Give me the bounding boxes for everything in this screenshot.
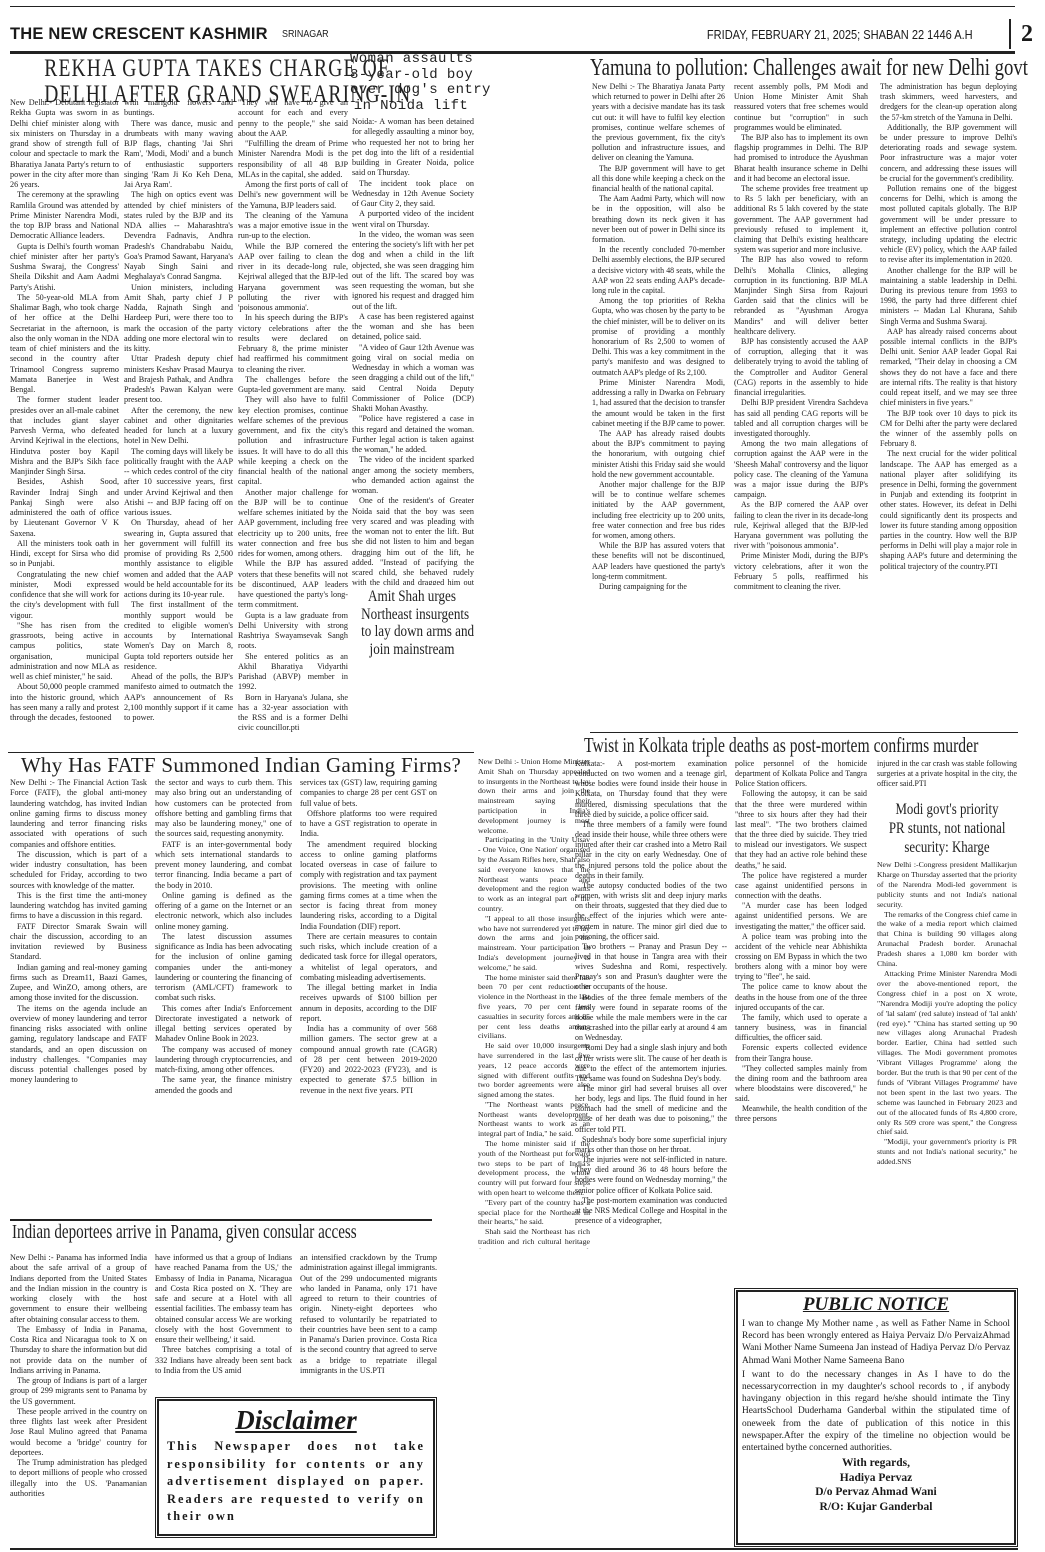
paragraph: India has a community of over 568 millio… — [300, 1024, 437, 1096]
top-rule — [10, 6, 1015, 7]
paragraph: The challenges before the Gupta-led gove… — [238, 375, 348, 396]
paragraph: As the BJP cornered the AAP over failing… — [734, 500, 868, 551]
paragraph: The illegal betting market in India rece… — [300, 983, 437, 1024]
paragraph: The discussion, which is part of a wider… — [10, 850, 147, 891]
paragraph: He said over 10,000 insurgents have surr… — [478, 1041, 590, 1100]
paragraph: injured in the car crash was stable foll… — [877, 759, 1017, 789]
paragraph: "A video of Gaur 12th Avenue was going v… — [352, 343, 474, 415]
rekha-col-2: with marigold flowers and buntings.There… — [124, 98, 233, 750]
paragraph: There was dance, music and drumbeats wit… — [124, 119, 233, 191]
paragraph: Two brothers -- Pranay and Prasun Dey --… — [575, 942, 727, 993]
panama-headline: Indian deportees arrive in Panama, given… — [12, 1222, 435, 1243]
paragraph: "They will have to give an account for e… — [238, 98, 348, 139]
paragraph: Bodies of the three female members of th… — [575, 993, 727, 1044]
paragraph: The home minister said there has been 70… — [478, 973, 590, 1042]
paragraph: The home minister said if the youth of t… — [478, 1139, 590, 1198]
paragraph: The 50-year-old MLA from Shalimar Bagh, … — [10, 293, 119, 396]
paragraph: Kolkata:- A post-mortem examination cond… — [575, 759, 727, 820]
paragraph: The ceremony at the sprawling Ramlila Gr… — [10, 190, 119, 241]
paragraph: Among the first ports of call of Delhi's… — [238, 180, 348, 211]
paragraph: "She has risen from the grassroots, bein… — [10, 621, 119, 683]
paragraph: The same year, the finance ministry amen… — [155, 1075, 292, 1096]
amit-shah-headline: Amit Shah urges Northeast insurgents to … — [350, 588, 474, 658]
paragraph: New Delhi :- Union Home Minister Amit Sh… — [478, 757, 590, 835]
kharge-headline: Modi govt's priority PR stunts, not nati… — [877, 800, 1017, 857]
paragraph: Among the two main allegations of corrup… — [734, 439, 868, 500]
paragraph: "The Northeast wants peace, Northeast wa… — [478, 1100, 590, 1139]
paragraph: BJP has consistently accused the AAP of … — [734, 337, 868, 398]
masthead-rule — [10, 51, 1015, 54]
paragraph: This comes after India's Enforcement Dir… — [155, 1004, 292, 1045]
paragraph: New Delhi :-Congress president Mallikarj… — [877, 860, 1017, 910]
panama-col-3: an intensified crackdown by the Trump ad… — [300, 1253, 437, 1413]
paragraph: The cleaning of the Yamuna was a major e… — [238, 211, 348, 242]
panama-col-2: have informed us that a group of Indians… — [155, 1253, 292, 1393]
paragraph: "Every part of the country has a special… — [478, 1198, 590, 1227]
paragraph: have informed us that a group of Indians… — [155, 1253, 292, 1345]
paragraph: In his speech during the BJP's victory c… — [238, 313, 348, 375]
paragraph: The group of Indians is part of a larger… — [10, 1376, 147, 1407]
paragraph: Online gaming is defined as the offering… — [155, 891, 292, 932]
fatf-col-3: services tax (GST) law, requiring gaming… — [300, 778, 437, 1162]
paragraph: The injuries were not self-inflicted in … — [575, 1155, 727, 1196]
paragraph: "A murder case has been lodged against u… — [735, 901, 867, 931]
public-notice-signature: With regards, Hadiya Pervaz D/o Pervaz A… — [738, 1456, 1014, 1514]
paragraph: The Trump administration has pledged to … — [10, 1458, 147, 1499]
kolkata-headline: Twist in Kolkata triple deaths as post-m… — [584, 734, 1016, 756]
paragraph: the sector and ways to curb them. This m… — [155, 778, 292, 840]
paragraph: an intensified crackdown by the Trump ad… — [300, 1253, 437, 1376]
paragraph: One of the resident's of Greater Noida s… — [352, 496, 474, 585]
page-number: 2 — [1009, 19, 1033, 49]
paragraph: After the ceremony, the new cabinet and … — [124, 406, 233, 447]
kolkata-col-1: Kolkata:- A post-mortem examination cond… — [575, 759, 727, 1552]
paragraph: A case has been registered against the w… — [352, 312, 474, 343]
paragraph: "I appeal to all those insurgents who ha… — [478, 914, 590, 973]
paragraph: AAP has already raised concerns about po… — [880, 327, 1017, 409]
paragraph: with marigold flowers and buntings. — [124, 98, 233, 119]
kharge-body: New Delhi :-Congress president Mallikarj… — [877, 860, 1017, 1252]
paragraph: While the BJP has assured voters that th… — [592, 541, 725, 582]
paragraph: New Delhi:- Debutant legislator Rekha Gu… — [10, 98, 119, 190]
kolkata-col-2: police personnel of the homicide departm… — [735, 759, 867, 1289]
amit-shah-body: New Delhi :- Union Home Minister Amit Sh… — [478, 757, 590, 1249]
paragraph: Forensic experts collected evidence from… — [735, 1043, 867, 1063]
paragraph: Prime Minister Modi, during the BJP's vi… — [734, 551, 868, 592]
paragraph: Another challenge for the BJP will be ma… — [880, 266, 1017, 327]
paragraph: The BJP has also vowed to reform Delhi's… — [734, 255, 868, 337]
paragraph: Participating in the 'Unity Utsav - One … — [478, 835, 590, 913]
paragraph: Gupta is a law graduate from Delhi Unive… — [238, 611, 348, 652]
paragraph: While the BJP cornered the AAP over fail… — [238, 242, 348, 314]
paragraph: The family, which used to operate a tann… — [735, 1013, 867, 1043]
paragraph: The BJP government will have to get all … — [592, 164, 725, 195]
paragraph: The administration has begun deploying t… — [880, 82, 1017, 123]
paragraph: The post-mortem examination was conducte… — [575, 1196, 727, 1226]
paragraph: Meanwhile, the health condition of the t… — [735, 1104, 867, 1124]
paragraph: In the video, the woman was seen enterin… — [352, 230, 474, 312]
paragraph: They will also have to fulfil key electi… — [238, 395, 348, 487]
paragraph: There are certain measures to contain su… — [300, 932, 437, 983]
paragraph: The first installment of the monthly sup… — [124, 600, 233, 672]
paragraph: "They collected samples mainly from the … — [735, 1064, 867, 1105]
disclaimer-title: Disclaimer — [159, 1405, 433, 1436]
paragraph: A police team was probing into the accid… — [735, 932, 867, 983]
disclaimer-box: Disclaimer This Newspaper does not take … — [157, 1399, 435, 1536]
paragraph: Offshore platforms too were required to … — [300, 809, 437, 840]
paragraph: The Aam Aadmi Party, which will now be i… — [592, 194, 725, 245]
fatf-headline: Why Has FATF Summoned Indian Gaming Firm… — [10, 754, 472, 776]
paragraph: Uttar Pradesh deputy chief ministers Kes… — [124, 354, 233, 405]
paragraph: Pollution remains one of the biggest con… — [880, 184, 1017, 266]
bottom-rule — [10, 1548, 1018, 1550]
paragraph: The autopsy conducted bodies of the two … — [575, 881, 727, 942]
paragraph: "Fulfilling the dream of Prime Minister … — [238, 139, 348, 180]
paragraph: A purported video of the incident went v… — [352, 209, 474, 230]
paragraph: Sudeshna's body bore some superficial in… — [575, 1135, 727, 1155]
paragraph: Ahead of the polls, the BJP's manifesto … — [124, 672, 233, 723]
noida-body: Noida:- A woman has been detained for al… — [352, 117, 474, 585]
fatf-col-1: New Delhi :- The Financial Action Task F… — [10, 778, 147, 1162]
public-notice-para-2: I want to do the necessary changes in As… — [738, 1369, 1014, 1456]
paragraph: During campaigning for the — [592, 582, 725, 592]
paragraph: In the recently concluded 70-member Delh… — [592, 245, 725, 296]
paragraph: "Modiji, your government's priority is P… — [877, 1137, 1017, 1167]
disclaimer-text: This Newspaper does not take responsibil… — [159, 1436, 433, 1528]
paragraph: About 50,000 people crammed into the his… — [10, 682, 119, 723]
paragraph: Noida:- A woman has been detained for al… — [352, 117, 474, 179]
paragraph: Additionally, the BJP government will be… — [880, 123, 1017, 184]
masthead-city: SRINAGAR — [282, 28, 329, 40]
paragraph: police personnel of the homicide departm… — [735, 759, 867, 789]
paragraph: The company was accused of money launder… — [155, 1045, 292, 1076]
paragraph: The scheme provides free treatment up to… — [734, 184, 868, 255]
paragraph: Prime Minister Narendra Modi, addressing… — [592, 378, 725, 429]
paragraph: This is the first time the anti-money la… — [10, 891, 147, 922]
paragraph: The minor girl had several bruises all o… — [575, 1084, 727, 1135]
public-notice-title: PUBLIC NOTICE — [738, 1294, 1014, 1316]
paragraph: The BJP also has to implement its own fl… — [734, 133, 868, 184]
paragraph: Born in Haryana's Julana, she has a 32-y… — [238, 693, 348, 734]
paragraph: On Thursday, ahead of her swearing in, G… — [124, 518, 233, 600]
paragraph: The next crucial for the wider political… — [880, 449, 1017, 571]
fatf-col-2: the sector and ways to curb them. This m… — [155, 778, 292, 1162]
paragraph: The amendment required blocking access t… — [300, 840, 437, 932]
paragraph: The video of the incident sparked anger … — [352, 455, 474, 496]
public-notice-para-1: I wan to change My Mother name , as well… — [738, 1316, 1014, 1369]
yamuna-col-2: recent assembly polls, PM Modi and Union… — [734, 82, 868, 732]
paragraph: recent assembly polls, PM Modi and Union… — [734, 82, 868, 133]
newspaper-title: THE NEW CRESCENT KASHMIR — [10, 25, 268, 44]
paragraph: Another major challenge for the BJP will… — [592, 480, 725, 541]
paragraph: The high on optics event was attended by… — [124, 190, 233, 282]
paragraph: The former student leader presides over … — [10, 395, 119, 477]
paragraph: Union ministers, including Amit Shah, pa… — [124, 283, 233, 355]
paragraph: While the BJP has assured voters that th… — [238, 559, 348, 610]
paragraph: Indian gaming and real-money gaming firm… — [10, 963, 147, 1004]
paragraph: Another major challenge for the BJP will… — [238, 488, 348, 560]
paragraph: Attacking Prime Minister Narendra Modi o… — [877, 969, 1017, 1137]
noida-headline: Woman assaults 8-year-old boy over dog's… — [350, 52, 472, 114]
paragraph: Congratulating the new chief minister, M… — [10, 570, 119, 621]
paragraph: Following the autopsy, it can be said th… — [735, 789, 867, 870]
kolkata-col-3: injured in the car crash was stable foll… — [877, 759, 1017, 801]
paragraph: She entered politics as an Akhil Bharati… — [238, 652, 348, 693]
paragraph: These people arrived in the country on t… — [10, 1407, 147, 1458]
paragraph: The items on the agenda include an overv… — [10, 1004, 147, 1086]
masthead: THE NEW CRESCENT KASHMIR SRINAGAR FRIDAY… — [10, 20, 1015, 48]
paragraph: "Romi Dey had a single slash injury and … — [575, 1043, 727, 1084]
yamuna-headline: Yamuna to pollution: Challenges await fo… — [590, 56, 1040, 81]
rekha-col-3: "They will have to give an account for e… — [238, 98, 348, 750]
rekha-headline-line1: REKHA GUPTA TAKES CHARGE OF — [44, 56, 301, 82]
paragraph: FATF is an inter-governmental body which… — [155, 840, 292, 891]
paragraph: All the ministers took oath in Hindi, ex… — [10, 539, 119, 570]
rekha-col-1: New Delhi:- Debutant legislator Rekha Gu… — [10, 98, 119, 750]
paragraph: Delhi BJP president Virendra Sachdeva ha… — [734, 398, 868, 439]
paragraph: The remarks of the Congress chief came i… — [877, 910, 1017, 969]
public-notice-box: PUBLIC NOTICE I wan to change My Mother … — [736, 1290, 1016, 1545]
panama-col-1: New Delhi :- Panama has informed India a… — [10, 1253, 147, 1545]
paragraph: New Delhi :- Panama has informed India a… — [10, 1253, 147, 1325]
paragraph: Gupta is Delhi's fourth woman chief mini… — [10, 242, 119, 293]
paragraph: The police have registered a murder case… — [735, 871, 867, 901]
paragraph: The AAP has already raised doubts about … — [592, 429, 725, 480]
paragraph: "Police have registered a case in this r… — [352, 414, 474, 455]
paragraph: The latest discussion assumes significan… — [155, 932, 292, 1004]
paragraph: Besides, Ashish Sood, Ravinder Indraj Si… — [10, 477, 119, 539]
paragraph: Among the top priorities of Rekha Gupta,… — [592, 296, 725, 378]
masthead-date: FRIDAY, FEBRUARY 21, 2025; SHABAN 22 144… — [707, 27, 973, 42]
paragraph: FATF Director Smarak Swain will chair th… — [10, 922, 147, 963]
paragraph: The coming days will likely be political… — [124, 447, 233, 519]
paragraph: Three batches comprising a total of 332 … — [155, 1345, 292, 1376]
paragraph: The Embassy of India in Panama, Costa Ri… — [10, 1325, 147, 1376]
paragraph: The BJP took over 10 days to pick its CM… — [880, 409, 1017, 450]
paragraph: New Delhi :- The Financial Action Task F… — [10, 778, 147, 850]
paragraph: The incident took place on Wednesday in … — [352, 179, 474, 210]
yamuna-col-1: New Delhi :- The Bharatiya Janata Party … — [592, 82, 725, 732]
paragraph: The police came to know about the deaths… — [735, 982, 867, 1012]
yamuna-col-3: The administration has begun deploying t… — [880, 82, 1017, 732]
paragraph: The three members of a family were found… — [575, 820, 727, 881]
paragraph: services tax (GST) law, requiring gaming… — [300, 778, 437, 809]
paragraph: New Delhi :- The Bharatiya Janata Party … — [592, 82, 725, 164]
paragraph: Shah said the Northeast has rich traditi… — [478, 1227, 590, 1249]
